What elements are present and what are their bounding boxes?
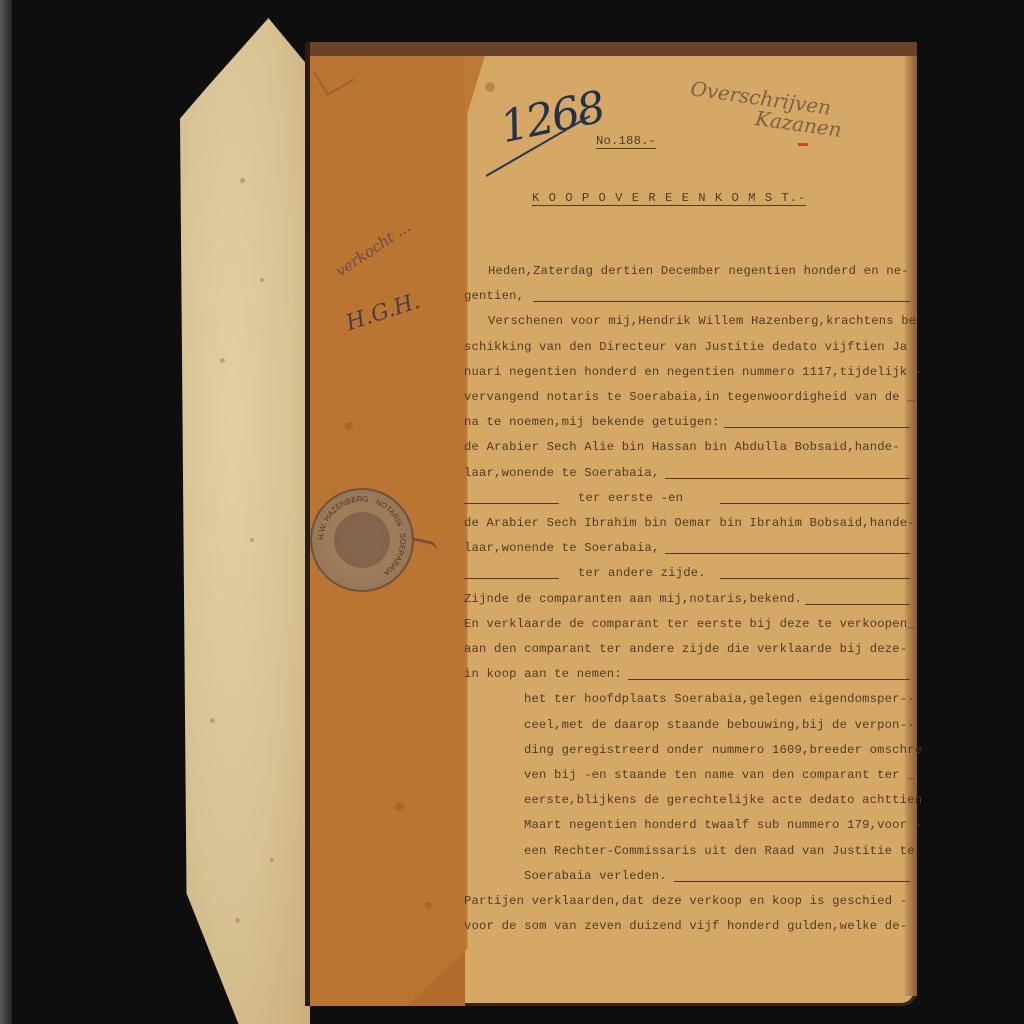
deed-text-line: Heden,Zaterdag dertien December negentie… xyxy=(488,264,909,278)
deed-text-line: Soerabaia verleden. xyxy=(524,869,667,883)
fill-rule xyxy=(720,503,910,504)
deed-text-line: de Arabier Sech Ibrahim bin Oemar bin Ib… xyxy=(464,516,915,530)
deed-text-line: in koop aan te nemen: xyxy=(464,667,622,681)
deed-text-line: laar,wonende te Soerabaia, xyxy=(464,466,659,480)
deed-text-line: gentien, xyxy=(464,289,524,303)
deed-text-line: Partijen verklaarden,dat deze verkoop en… xyxy=(464,894,907,908)
fill-rule xyxy=(533,301,910,302)
deed-text-line: na te noemen,mij bekende getuigen: xyxy=(464,415,719,429)
deed-text-line: ceel,met de daarop staande bebouwing,bij… xyxy=(524,718,915,732)
seal-text: H.W. HAZENBERG · NOTARIS · SOERABAIA xyxy=(312,490,412,590)
deed-text-line: Zijnde de comparanten aan mij,notaris,be… xyxy=(464,592,802,606)
deed-text-line: En verklaarde de comparant ter eerste bi… xyxy=(464,617,915,631)
deed-text-line: ter eerste -en xyxy=(578,491,683,505)
svg-text:H.W. HAZENBERG · NOTARIS · SOE: H.W. HAZENBERG · NOTARIS · SOERABAIA xyxy=(316,494,407,578)
deed-text-line: Verschenen voor mij,Hendrik Willem Hazen… xyxy=(488,314,916,328)
deed-text-line: schikking van den Directeur van Justitie… xyxy=(464,340,907,354)
fill-rule xyxy=(674,881,910,882)
deed-text-line: de Arabier Sech Alie bin Hassan bin Abdu… xyxy=(464,440,900,454)
deed-text-line: ding geregistreerd onder nummero 1609,br… xyxy=(524,743,922,757)
deed-number: No.188.- xyxy=(596,134,656,149)
deed-text-line: een Rechter-Commissaris uit den Raad van… xyxy=(524,844,915,858)
page-top-edge xyxy=(305,42,917,56)
deed-text-line: nuari negentien honderd en negentien num… xyxy=(464,365,922,379)
fill-rule xyxy=(464,503,559,504)
deed-text-line: voor de som van zeven duizend vijf honde… xyxy=(464,919,907,933)
folded-paper-flap xyxy=(180,18,310,1024)
deed-title: K O O P O V E R E E N K O M S T.- xyxy=(532,191,806,206)
deed-text-line: ven bij -en staande ten name van den com… xyxy=(524,768,915,782)
fill-rule xyxy=(805,604,910,605)
fill-rule xyxy=(720,578,910,579)
fill-rule xyxy=(724,427,910,428)
fill-rule xyxy=(665,553,910,554)
binding-spine xyxy=(305,42,310,1006)
adjacent-page-edge xyxy=(0,0,12,1024)
deed-text-line: ter andere zijde. xyxy=(578,566,706,580)
notary-seal: H.W. HAZENBERG · NOTARIS · SOERABAIA xyxy=(310,488,414,592)
deed-text-line: vervangend notaris te Soerabaia,in tegen… xyxy=(464,390,915,404)
deed-text-line: het ter hoofdplaats Soerabaia,gelegen ei… xyxy=(524,692,915,706)
fill-rule xyxy=(628,679,910,680)
fill-rule xyxy=(464,578,559,579)
deed-text-line: Maart negentien honderd twaalf sub numme… xyxy=(524,818,922,832)
deed-text-line: aan den comparant ter andere zijde die v… xyxy=(464,642,907,656)
red-ink-mark xyxy=(798,143,808,146)
deed-text-line: eerste,blijkens de gerechtelijke acte de… xyxy=(524,793,922,807)
deed-text-line: laar,wonende te Soerabaia, xyxy=(464,541,659,555)
fill-rule xyxy=(665,478,910,479)
